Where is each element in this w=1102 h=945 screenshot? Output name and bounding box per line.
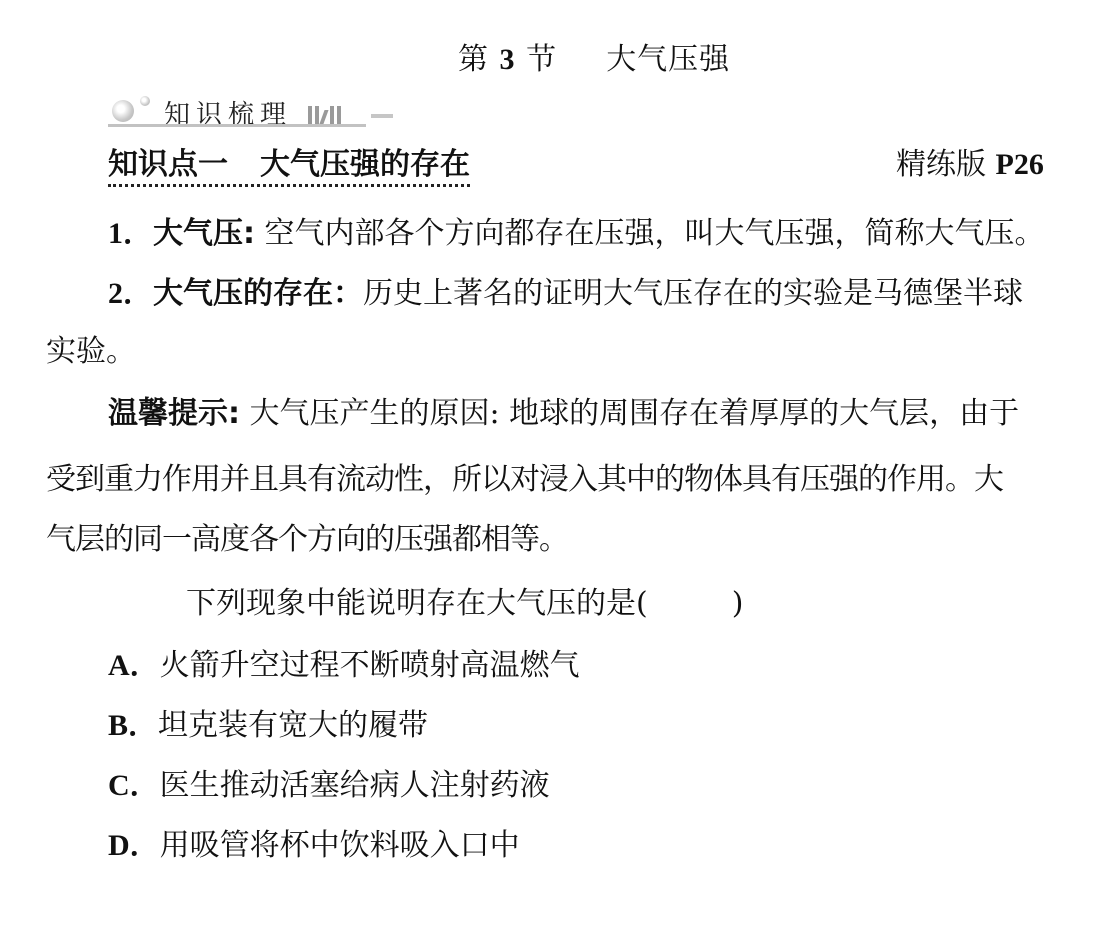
knowledge-point-heading: 知识点一大气压强的存在: [108, 146, 470, 187]
item-term: 大气压:: [153, 216, 255, 251]
tip-line-3: 气层的同一高度各个方向的压强都相等。: [46, 520, 568, 560]
tip-line-2: 受到重力作用并且具有流动性，所以对浸入其中的物体具有压强的作用。大: [46, 460, 1003, 500]
item-term: 大气压的存在：: [153, 276, 363, 311]
bars-decoration-icon: [308, 106, 344, 124]
option-text: 用吸管将杯中饮料吸入口中: [160, 828, 520, 863]
banner-underline: [108, 124, 366, 127]
option-letter: B．: [108, 709, 158, 742]
option-c[interactable]: C．医生推动活塞给病人注射药液: [108, 766, 550, 806]
option-d[interactable]: D．用吸管将杯中饮料吸入口中: [108, 826, 520, 866]
item-text: 空气内部各个方向都存在压强，叫大气压强，简称大气压。: [255, 216, 1045, 251]
knowledge-point-title: 大气压强的存在: [260, 147, 470, 182]
item-number: 1．: [108, 217, 153, 250]
banner-dash: [371, 114, 393, 118]
option-a[interactable]: A．火箭升空过程不断喷射高温燃气: [108, 646, 580, 686]
tip-text: 大气压产生的原因: 地球的周围存在着厚厚的大气层，由于: [240, 396, 1019, 431]
section-title: 第 3 节 大气压强: [458, 34, 730, 78]
section-prefix: 第: [458, 42, 489, 77]
bubble-decoration-icon: [112, 100, 134, 122]
option-letter: C．: [108, 769, 160, 802]
question-text: 下列现象中能说明存在大气压的是(: [186, 586, 648, 621]
question-stem: 下列现象中能说明存在大气压的是(): [186, 584, 743, 624]
item-text: 历史上著名的证明大气压存在的实验是马德堡半球: [363, 276, 1023, 311]
tip-label: 温馨提示:: [108, 396, 240, 431]
section-number: 3: [500, 43, 516, 76]
reference-page-number: P26: [996, 148, 1044, 181]
option-text: 坦克装有宽大的履带: [158, 708, 428, 743]
tip-line-1: 温馨提示: 大气压产生的原因: 地球的周围存在着厚厚的大气层，由于: [108, 394, 1019, 434]
item-1: 1．大气压: 空气内部各个方向都存在压强，叫大气压强，简称大气压。: [108, 214, 1045, 254]
item-number: 2．: [108, 277, 153, 310]
answer-blank-close: ): [732, 586, 744, 621]
option-b[interactable]: B．坦克装有宽大的履带: [108, 706, 428, 746]
item-2-continued: 实验。: [46, 332, 136, 372]
section-suffix: 节: [526, 42, 557, 77]
knowledge-point-label: 知识点一: [108, 147, 228, 182]
reference-page: 精练版 P26: [896, 146, 1044, 184]
item-2: 2．大气压的存在：历史上著名的证明大气压存在的实验是马德堡半球: [108, 274, 1023, 314]
small-bubble-decoration-icon: [140, 96, 150, 106]
option-letter: A．: [108, 649, 160, 682]
option-letter: D．: [108, 829, 160, 862]
section-name: 大气压强: [606, 42, 730, 77]
option-text: 火箭升空过程不断喷射高温燃气: [160, 648, 580, 683]
knowledge-summary-banner: 知识梳理: [108, 92, 388, 132]
reference-prefix: 精练版: [896, 147, 986, 182]
option-text: 医生推动活塞给病人注射药液: [160, 768, 550, 803]
